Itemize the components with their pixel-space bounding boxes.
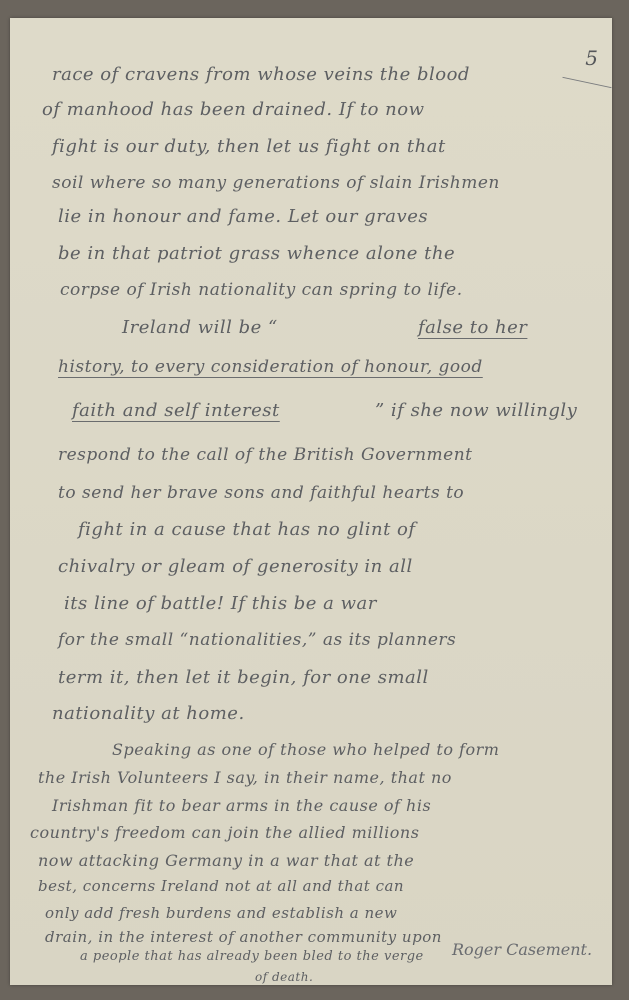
page-number: 5 (585, 46, 598, 70)
text-line: Ireland will be “ (122, 317, 278, 338)
text-line: its line of battle! If this be a war (64, 593, 377, 614)
text-line: history, to every consideration of honou… (58, 357, 483, 377)
text-line: drain, in the interest of another commun… (45, 928, 442, 946)
text-line: fight in a cause that has no glint of (78, 519, 416, 540)
text-line: nationality at home. (52, 703, 245, 724)
text-line: corpse of Irish nationality can spring t… (60, 280, 463, 300)
text-line: to send her brave sons and faithful hear… (58, 483, 464, 503)
text-line: be in that patriot grass whence alone th… (58, 243, 455, 264)
text-line: ” if she now willingly (375, 400, 577, 421)
text-line: soil where so many generations of slain … (52, 173, 500, 193)
text-line: respond to the call of the British Gover… (58, 445, 473, 465)
text-line: fight is our duty, then let us fight on … (52, 136, 446, 157)
signature: Roger Casement. (452, 940, 592, 959)
text-line: term it, then let it begin, for one smal… (58, 667, 429, 688)
text-line: Speaking as one of those who helped to f… (112, 740, 499, 759)
text-line: the Irish Volunteers I say, in their nam… (38, 768, 452, 787)
text-line: only add fresh burdens and establish a n… (45, 904, 397, 922)
manuscript-page: 5 race of cravens from whose veins the b… (10, 18, 612, 985)
text-line: lie in honour and fame. Let our graves (58, 206, 428, 227)
text-line: a people that has already been bled to t… (80, 949, 424, 964)
text-line: for the small “nationalities,” as its pl… (58, 630, 456, 650)
text-line: best, concerns Ireland not at all and th… (38, 877, 404, 895)
text-line: of death. (255, 970, 313, 984)
text-line: race of cravens from whose veins the blo… (52, 64, 470, 85)
text-line: Irishman fit to bear arms in the cause o… (52, 796, 431, 815)
text-line: false to her (418, 317, 527, 338)
page-number-underline (562, 77, 611, 88)
text-line: country's freedom can join the allied mi… (30, 823, 419, 842)
text-line: now attacking Germany in a war that at t… (38, 851, 414, 870)
text-line: faith and self interest (72, 400, 280, 421)
text-line: chivalry or gleam of generosity in all (58, 556, 413, 577)
text-line: of manhood has been drained. If to now (42, 99, 425, 120)
